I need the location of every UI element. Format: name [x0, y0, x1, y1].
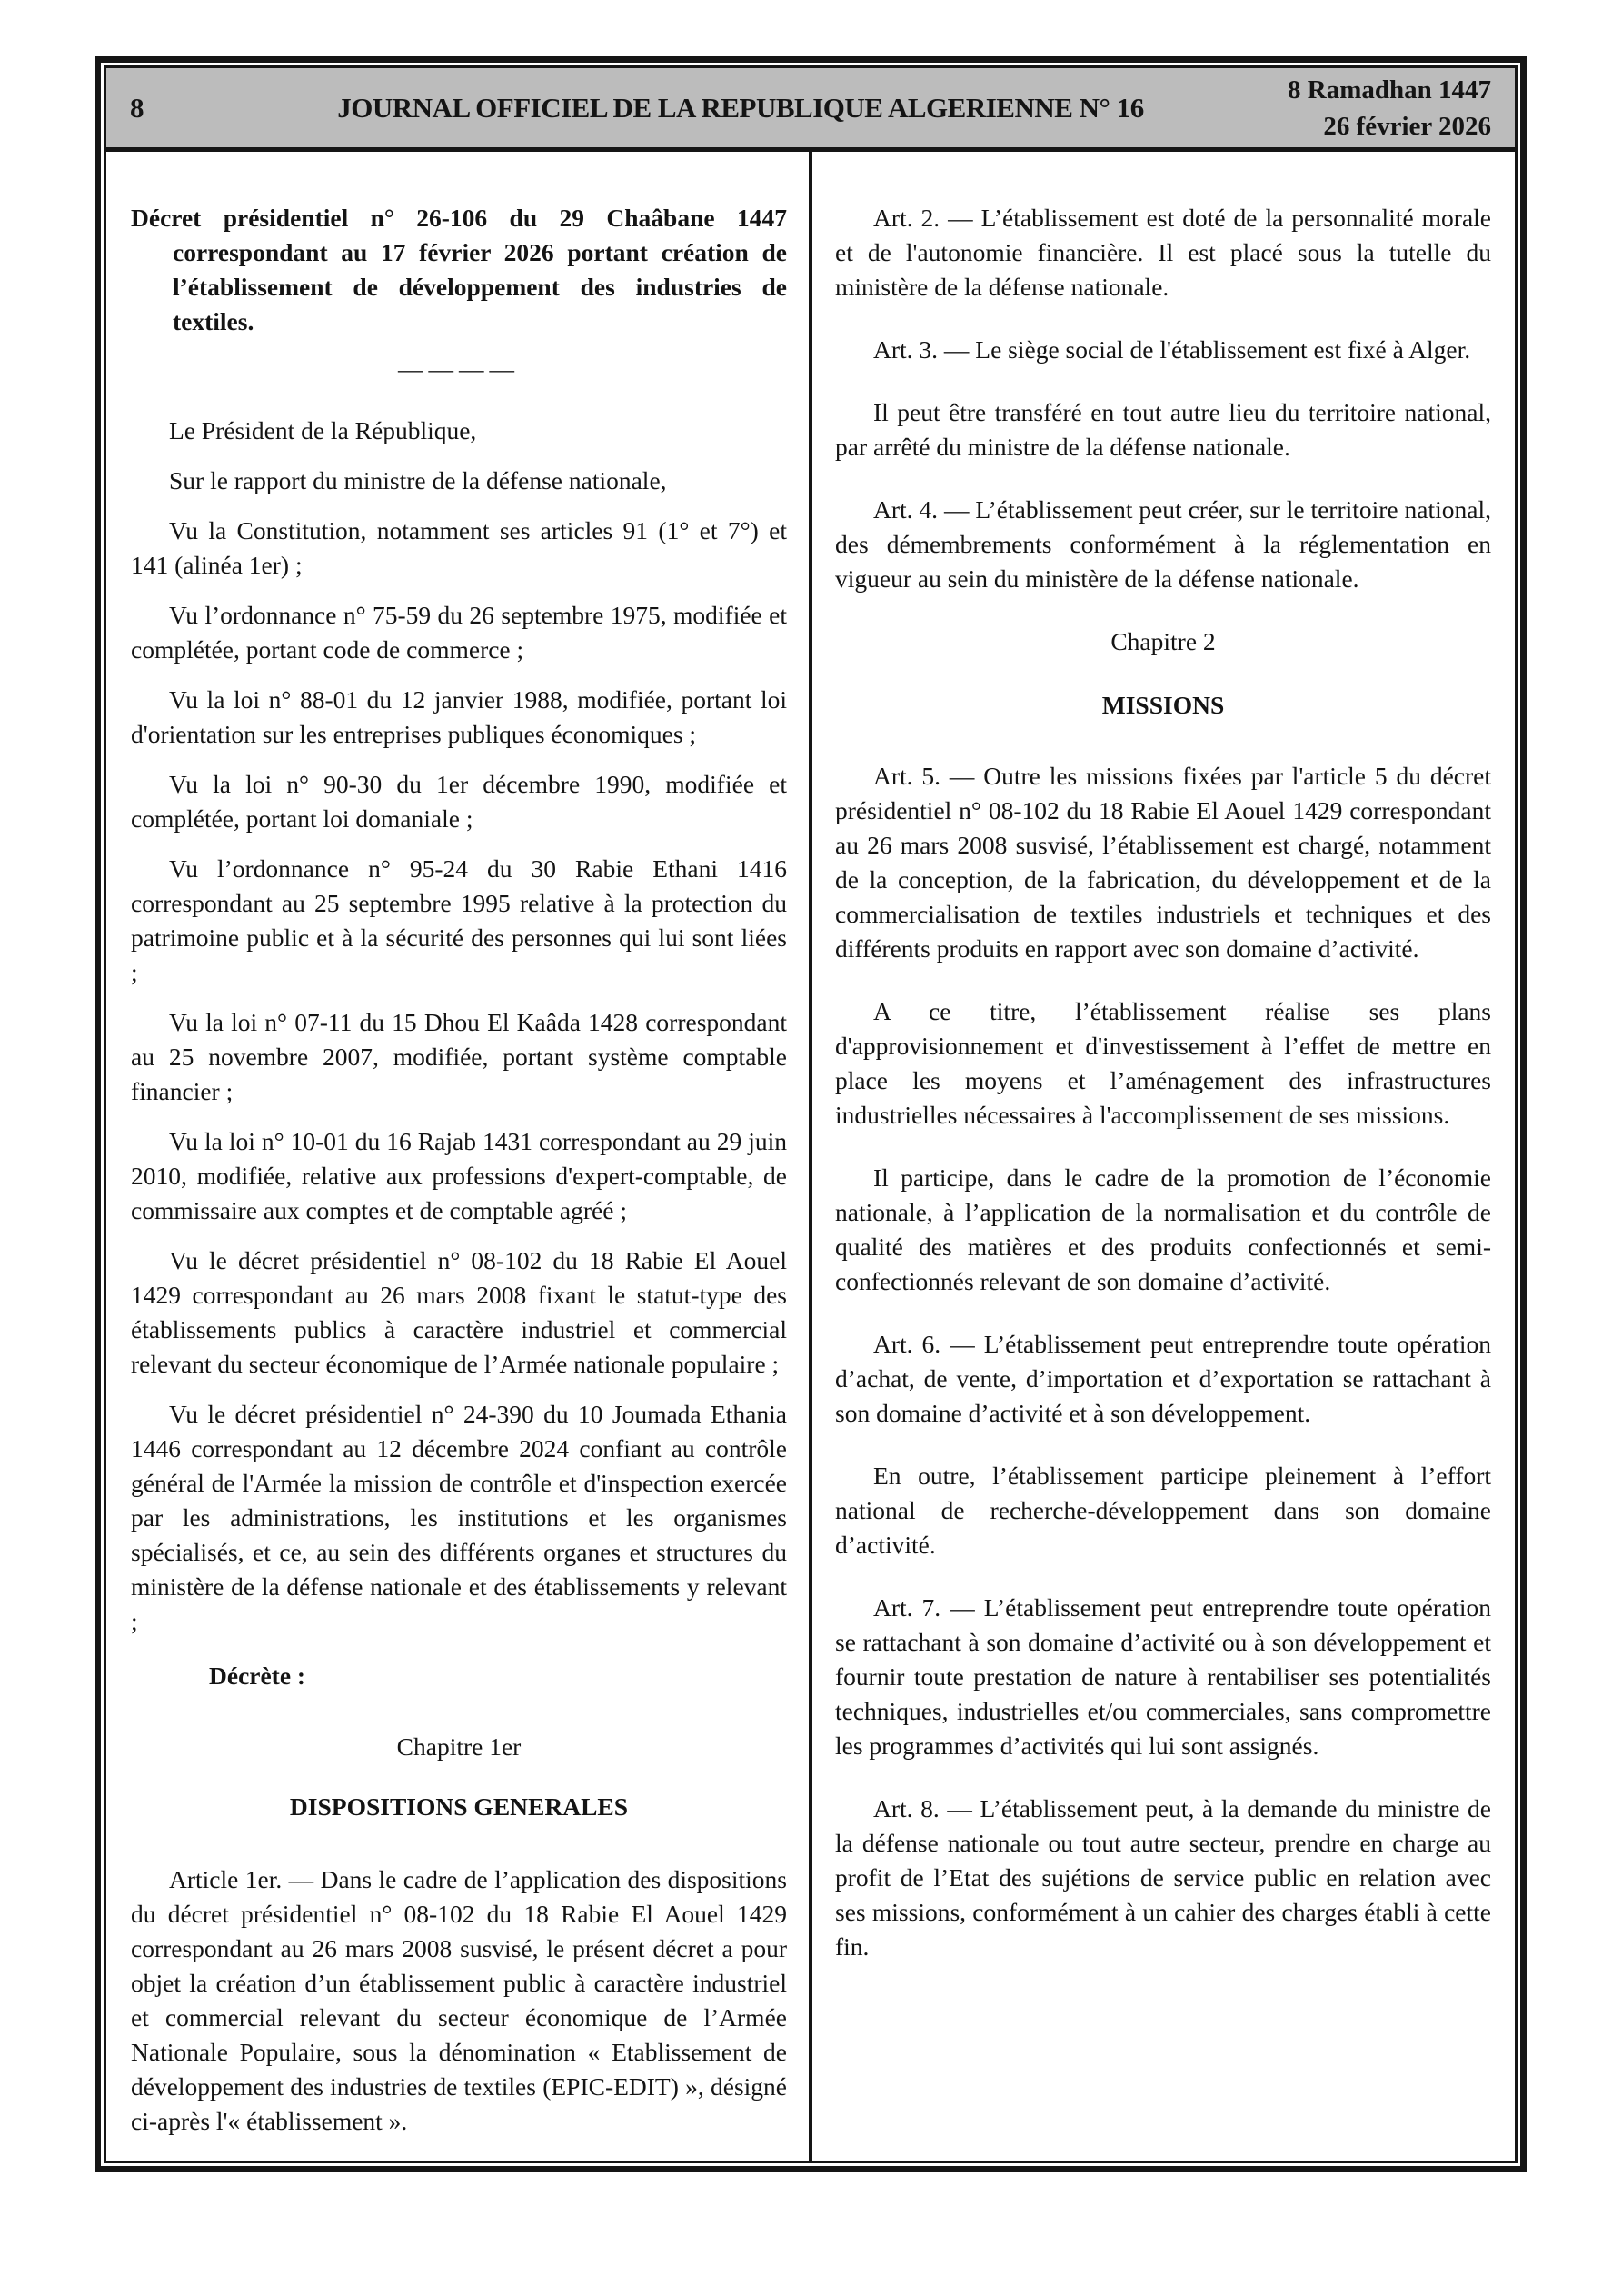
page-frame: 8 JOURNAL OFFICIEL DE LA REPUBLIQUE ALGE…	[95, 56, 1527, 2172]
article-5-alinea-1: A ce titre, l’établissement réalise ses …	[835, 994, 1491, 1133]
article-6: Art. 6. — L’établissement peut entrepren…	[835, 1327, 1491, 1431]
decree-title: Décret présidentiel n° 26-106 du 29 Chaâ…	[131, 201, 787, 339]
page-frame-inner: 8 JOURNAL OFFICIEL DE LA REPUBLIQUE ALGE…	[104, 65, 1518, 2163]
visa-ordonnance-75-59: Vu l’ordonnance n° 75-59 du 26 septembre…	[131, 598, 787, 667]
page-body: Décret présidentiel n° 26-106 du 29 Chaâ…	[106, 152, 1515, 2161]
chapter-1-title: DISPOSITIONS GENERALES	[131, 1790, 787, 1824]
journal-title: JOURNAL OFFICIEL DE LA REPUBLIQUE ALGERI…	[194, 92, 1288, 125]
paragraph-president: Le Président de la République,	[131, 414, 787, 448]
article-3-alinea: Il peut être transféré en tout autre lie…	[835, 395, 1491, 464]
article-5: Art. 5. — Outre les missions fixées par …	[835, 759, 1491, 966]
article-6-alinea: En outre, l’établissement participe plei…	[835, 1459, 1491, 1562]
visa-loi-07-11: Vu la loi n° 07-11 du 15 Dhou El Kaâda 1…	[131, 1005, 787, 1109]
paragraph-rapport: Sur le rapport du ministre de la défense…	[131, 464, 787, 498]
article-4: Art. 4. — L’établissement peut créer, su…	[835, 493, 1491, 596]
page-number: 8	[130, 92, 194, 125]
visa-decret-24-390: Vu le décret présidentiel n° 24-390 du 1…	[131, 1397, 787, 1639]
article-5-alinea-2: Il participe, dans le cadre de la promot…	[835, 1161, 1491, 1299]
decrete-label: Décrète :	[131, 1659, 787, 1693]
title-separator: ————	[131, 352, 787, 386]
right-column: Art. 2. — L’établissement est doté de la…	[812, 152, 1515, 2161]
article-8: Art. 8. — L’établissement peut, à la dem…	[835, 1792, 1491, 1964]
chapter-2-label: Chapitre 2	[835, 624, 1491, 659]
chapter-1-label: Chapitre 1er	[131, 1730, 787, 1764]
chapter-2-title: MISSIONS	[835, 688, 1491, 723]
visa-decret-08-102: Vu le décret présidentiel n° 08-102 du 1…	[131, 1243, 787, 1382]
visa-loi-10-01: Vu la loi n° 10-01 du 16 Rajab 1431 corr…	[131, 1124, 787, 1228]
publication-date-gregorian: 26 février 2026	[1288, 108, 1491, 145]
article-1: Article 1er. — Dans le cadre de l’applic…	[131, 1862, 787, 2139]
visa-constitution: Vu la Constitution, notamment ses articl…	[131, 514, 787, 583]
article-2: Art. 2. — L’établissement est doté de la…	[835, 201, 1491, 304]
article-3: Art. 3. — Le siège social de l'établisse…	[835, 333, 1491, 367]
left-column: Décret présidentiel n° 26-106 du 29 Chaâ…	[106, 152, 809, 2161]
visa-loi-90-30: Vu la loi n° 90-30 du 1er décembre 1990,…	[131, 767, 787, 836]
article-7: Art. 7. — L’établissement peut entrepren…	[835, 1591, 1491, 1763]
masthead: 8 JOURNAL OFFICIEL DE LA REPUBLIQUE ALGE…	[106, 68, 1515, 152]
visa-ordonnance-95-24: Vu l’ordonnance n° 95-24 du 30 Rabie Eth…	[131, 852, 787, 990]
publication-date-hijri: 8 Ramadhan 1447	[1288, 72, 1491, 108]
publication-dates: 8 Ramadhan 1447 26 février 2026	[1288, 72, 1491, 145]
visa-loi-88-01: Vu la loi n° 88-01 du 12 janvier 1988, m…	[131, 683, 787, 752]
